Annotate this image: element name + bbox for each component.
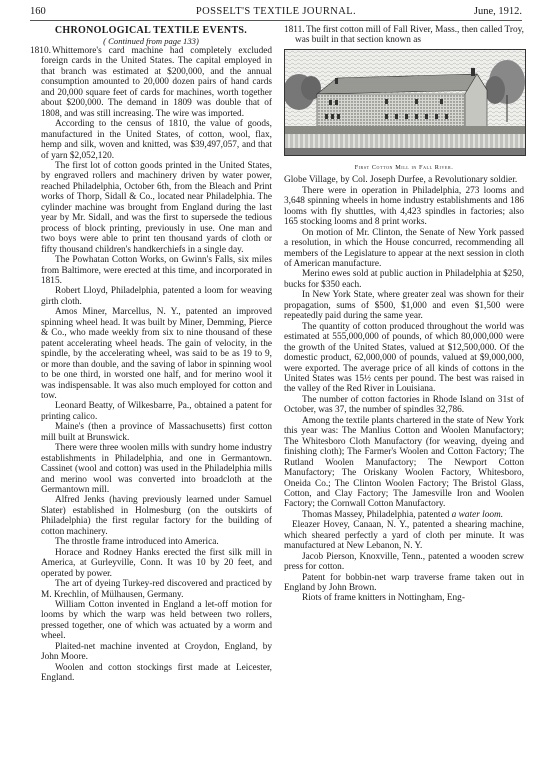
year-label: 1811. [284, 25, 306, 35]
header-rule [30, 20, 522, 21]
paragraph: On motion of Mr. Clinton, the Senate of … [284, 228, 524, 270]
mill-illustration-icon [285, 50, 525, 155]
left-column: CHRONOLOGICAL TEXTILE EVENTS. ( Continue… [30, 25, 272, 684]
paragraph: The quantity of cotton produced througho… [284, 322, 524, 395]
paragraph: Eleazer Hovey, Canaan, N. Y., patented a… [284, 520, 524, 551]
paragraph-text: Thomas Massey, Philadelphia, patented [302, 510, 452, 520]
paragraph: According to the census of 1810, the val… [41, 119, 272, 161]
paragraph: Maine's (then a province of Massachusett… [41, 422, 272, 443]
paragraph: Merino ewes sold at public auction in Ph… [284, 269, 524, 290]
paragraph: Alfred Jenks (having previously learned … [41, 495, 272, 537]
paragraph: Patent for bobbin-net warp traverse fram… [284, 573, 524, 594]
section-subtitle: ( Continued from page 133) [30, 36, 272, 46]
paragraph: The first cotton mill of Fall River, Mas… [295, 25, 524, 45]
paragraph: Whittemore's card machine had completely… [41, 46, 272, 119]
paragraph: William Cotton invented in England a let… [41, 600, 272, 642]
paragraph: Globe Village, by Col. Joseph Durfee, a … [284, 175, 524, 185]
paragraph: Amos Miner, Marcellus, N. Y., patented a… [41, 307, 272, 401]
paragraph: Riots of frame knitters in Nottingham, E… [284, 593, 524, 603]
issue-date: June, 1912. [474, 5, 522, 19]
section-title: CHRONOLOGICAL TEXTILE EVENTS. [30, 25, 272, 36]
paragraph: The art of dyeing Turkey-red discovered … [41, 579, 272, 600]
figure-caption: First Cotton Mill in Fall River. [284, 163, 524, 173]
paragraph: There were in operation in Philadelphia,… [284, 186, 524, 228]
paragraph: The throstle frame introduced into Ameri… [41, 537, 272, 547]
paragraph: Among the textile plants chartered in th… [284, 416, 524, 510]
italic-text: a water loom. [452, 510, 503, 520]
paragraph: In New York State, where greater zeal wa… [284, 290, 524, 321]
year-entry-1810: 1810.Whittemore's card machine had compl… [30, 46, 272, 119]
paragraph: Robert Lloyd, Philadelphia, patented a l… [41, 286, 272, 307]
paragraph: Jacob Pierson, Knoxville, Tenn., patente… [284, 552, 524, 573]
paragraph: The first lot of cotton goods printed in… [41, 161, 272, 255]
page-header: 160 POSSELT'S TEXTILE JOURNAL. June, 191… [30, 5, 522, 19]
journal-title: POSSELT'S TEXTILE JOURNAL. [30, 5, 522, 19]
year-entry-1811: 1811.The first cotton mill of Fall River… [284, 25, 524, 46]
paragraph: The Powhatan Cotton Works, on Gwinn's Fa… [41, 255, 272, 286]
paragraph: Horace and Rodney Hanks erected the firs… [41, 548, 272, 579]
paragraph: Leonard Beatty, of Wilkesbarre, Pa., obt… [41, 401, 272, 422]
figure-cotton-mill-engraving [284, 49, 526, 156]
paragraph-massey: Thomas Massey, Philadelphia, patented a … [284, 510, 524, 520]
paragraph: Plaited-net machine invented at Croydon,… [41, 642, 272, 663]
paragraph: Woolen and cotton stockings first made a… [41, 663, 272, 684]
right-column: 1811.The first cotton mill of Fall River… [284, 25, 524, 604]
year-label: 1810. [30, 46, 52, 56]
paragraph: There were three woolen mills with sundr… [41, 443, 272, 495]
paragraph: The number of cotton factories in Rhode … [284, 395, 524, 416]
